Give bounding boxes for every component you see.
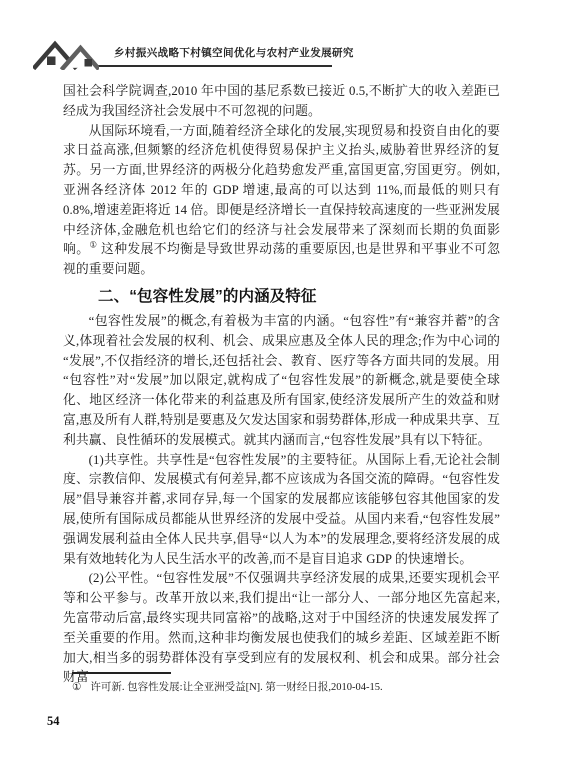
- village-houses-logo: [33, 39, 99, 70]
- running-title: 乡村振兴战略下村镇空间优化与农村产业发展研究: [114, 47, 354, 61]
- book-page: 乡村振兴战略下村镇空间优化与农村产业发展研究 国社会科学院调查,2010 年中国…: [0, 0, 562, 769]
- paragraph: (1)共享性。共享性是“包容性发展”的主要特征。从国际上看,无论社会制度、宗教信…: [63, 451, 500, 570]
- header-rule: [86, 65, 332, 67]
- text-run: 这种发展不均衡是导致世界动荡的重要原因,也是世界和平事业不可忽视的重要问题。: [63, 242, 500, 276]
- text-run: 从国际环境看,一方面,随着经济全球化的发展,实现贸易和投资自由化的要求日益高涨,…: [63, 124, 500, 257]
- paragraph: 从国际环境看,一方面,随着经济全球化的发展,实现贸易和投资自由化的要求日益高涨,…: [63, 122, 500, 280]
- text-run: (1)共享性。共享性是“包容性发展”的主要特征。从国际上看,无论社会制度、宗教信…: [63, 453, 500, 566]
- text-run: (2)公平性。“包容性发展”不仅强调共享经济发展的成果,还要实现机会平等和公平参…: [63, 571, 500, 684]
- paragraph: 国社会科学院调查,2010 年中国的基尼系数已接近 0.5,不断扩大的收入差距已…: [63, 82, 500, 122]
- footnote-marker: ①: [72, 682, 81, 693]
- section-heading: 二、“包容性发展”的内涵及特征: [98, 286, 500, 307]
- paragraph: “包容性发展”的概念,有着极为丰富的内涵。“包容性”有“兼容并蓄”的含义,体现着…: [63, 312, 500, 451]
- page-number: 54: [47, 714, 60, 729]
- footnote-text: 许可新. 包容性发展:让全亚洲受益[N]. 第一财经日报,2010-04-15.: [90, 682, 382, 693]
- text-run: “包容性发展”的概念,有着极为丰富的内涵。“包容性”有“兼容并蓄”的含义,体现着…: [63, 314, 500, 447]
- footnote: ①许可新. 包容性发展:让全亚洲受益[N]. 第一财经日报,2010-04-15…: [72, 680, 496, 695]
- footnote-separator: [72, 672, 171, 674]
- paragraph: (2)公平性。“包容性发展”不仅强调共享经济发展的成果,还要实现机会平等和公平参…: [63, 569, 500, 688]
- page-body: 国社会科学院调查,2010 年中国的基尼系数已接近 0.5,不断扩大的收入差距已…: [63, 82, 500, 688]
- text-run: 国社会科学院调查,2010 年中国的基尼系数已接近 0.5,不断扩大的收入差距已…: [63, 84, 500, 118]
